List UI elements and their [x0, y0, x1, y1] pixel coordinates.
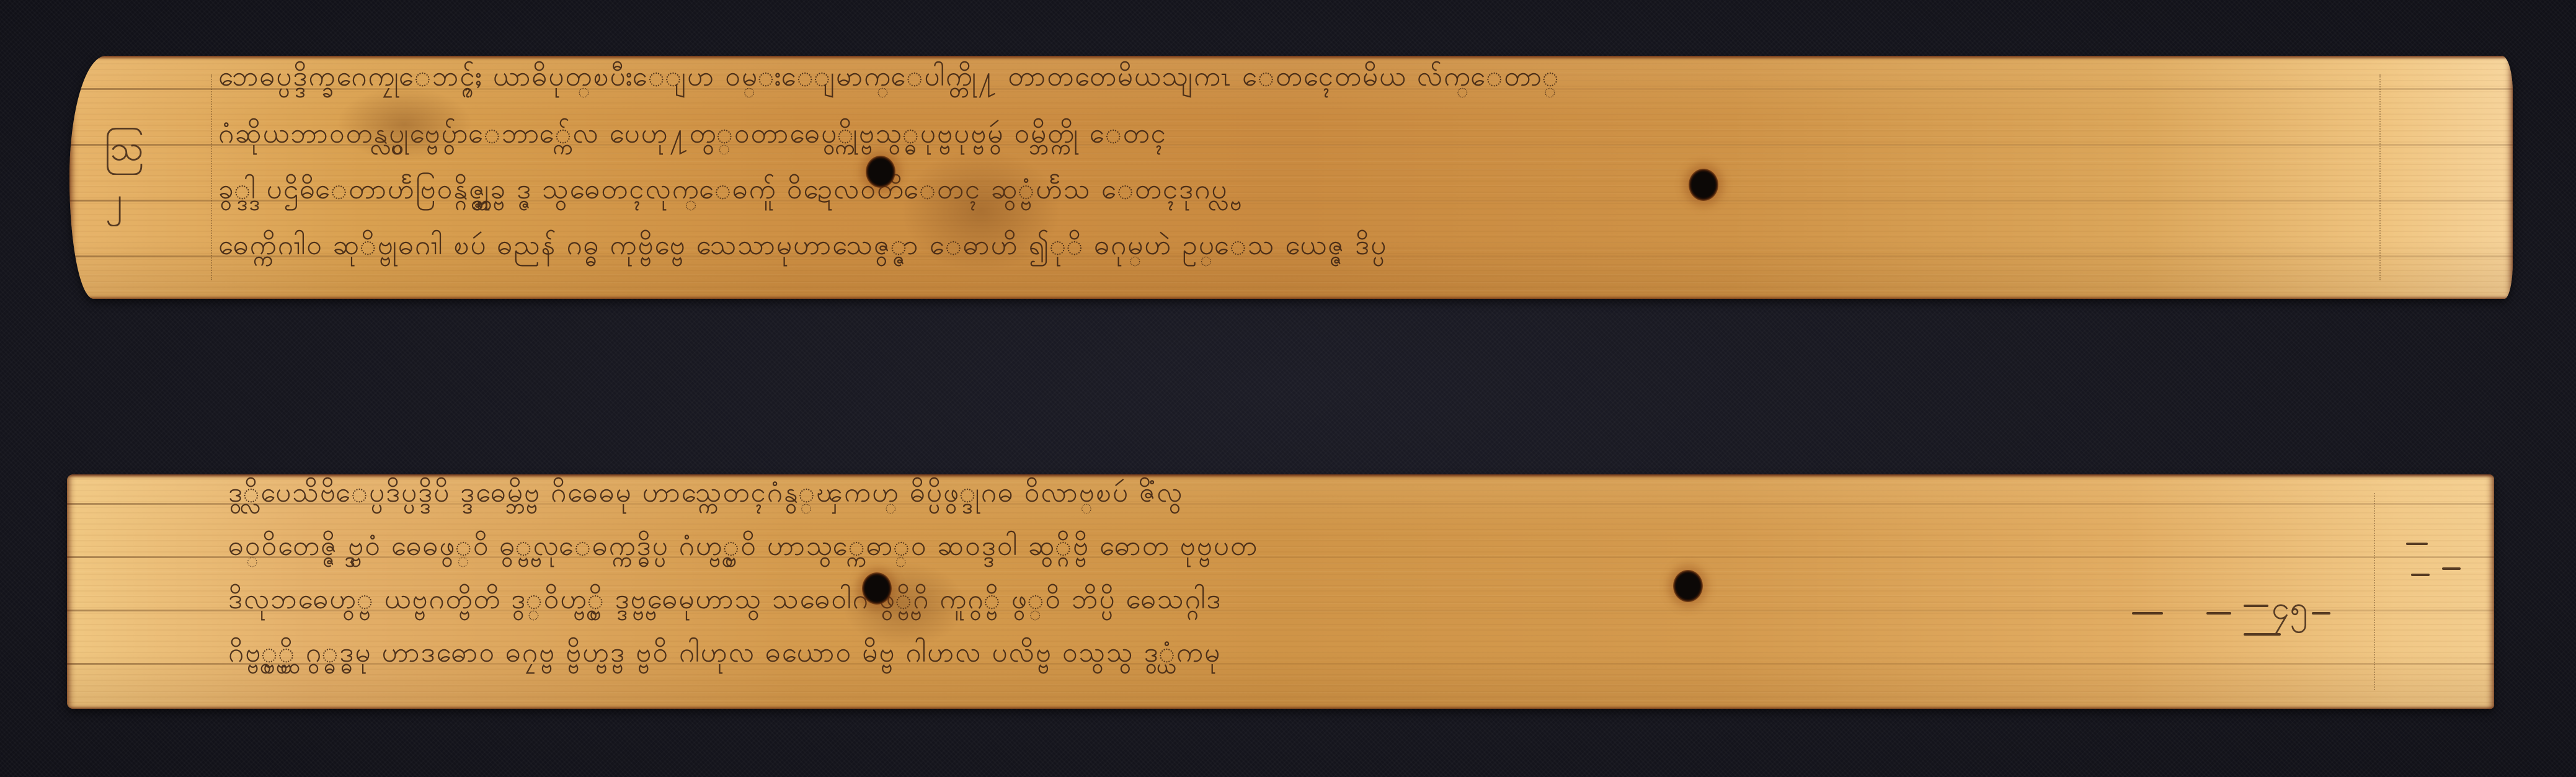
palm-leaf-bottom: ဒွ္လိပေသိဗိေပ္ပဒိပ္ပဒ္ဒိပိ ဒ္ဒဓေမ္ဘိဗ္ဗ … [67, 474, 2494, 709]
manuscript-line-4: ဓေက္ကိဂၢါဝ ဆုိဗ္ဗုဓဂၢါ ၿပဴ ဓညနၲ ဂဓ္ဓ ကုဗ… [218, 232, 1387, 259]
filler-dash [2206, 612, 2231, 615]
folio-letter-mark: ဩ [104, 131, 144, 166]
manuscript-line-3: ခွ္ဒ္ဒါ ပဌိဓိေတာဟႅဗြဝန္ဂ္ဗ္ဘ္ဗိဇ္ဇုခ ဒ္ဇ… [218, 176, 1228, 203]
manuscript-line-2: ဂံဆိုယဘာဝတန္လွပ္ပုဗ္ဗေပွ်ာေဘာ္က်ေလ ပေဟု႔… [218, 120, 1167, 148]
manuscript-line-3: ဒိလုဘဓေဟွ္ဗ ယဗ္ဗဂတ္ဗိတိ ဒွ္ဝိဟ္ဗွ္ဗိ ဒ္ဒ… [228, 586, 1222, 613]
binding-hole-right [1689, 169, 1718, 201]
manuscript-line-4: ဂိဗ္ဗွ္ဗ္ဗွ္ဗိ ဂွ္ဓဒ္ဓမု ဟာဒဓောဝ ဓဂၠဗ္ဗ … [228, 639, 1221, 667]
left-margin-rule [211, 74, 212, 280]
binding-hole-left [866, 156, 895, 188]
filler-dash [2244, 633, 2281, 636]
manuscript-line-2: ဓဝ္ဝိတေဇ္ဇ္ဒိ ဗ္ဗဝံ ဓေဓဖွ္ဝိ ဓွ္ဗ္ဗလုေဓက… [228, 533, 1258, 560]
page-number: ၄၅ [2272, 592, 2308, 624]
manuscript-line-1: ဘေဓပ္ပဒ္ဒိက္ခဂေကၠုေဘၚ္ဂ်ႈ ယာဓိပုတ္ၿပီးေျ… [218, 63, 1560, 91]
folio-number-mark: ၂ [105, 183, 123, 218]
filler-dash [2312, 612, 2330, 615]
palm-leaf-top: ဩ ၂ ဘေဓပ္ပဒ္ဒိက္ခဂေကၠုေဘၚ္ဂ်ႈ ယာဓိပုတ္ၿပ… [69, 56, 2513, 299]
filler-dash [2406, 543, 2428, 545]
filler-dash [2411, 574, 2430, 576]
binding-hole-left [862, 572, 892, 605]
right-margin-rule [2374, 493, 2375, 690]
filler-dash [2244, 605, 2268, 607]
binding-hole-right [1673, 570, 1703, 602]
filler-dash [2442, 567, 2461, 570]
filler-dash [2132, 612, 2163, 615]
manuscript-line-1: ဒွ္လိပေသိဗိေပ္ပဒိပ္ပဒ္ဒိပိ ဒ္ဒဓေမ္ဘိဗ္ဗ … [228, 479, 1183, 507]
right-margin-rule [2379, 74, 2381, 280]
